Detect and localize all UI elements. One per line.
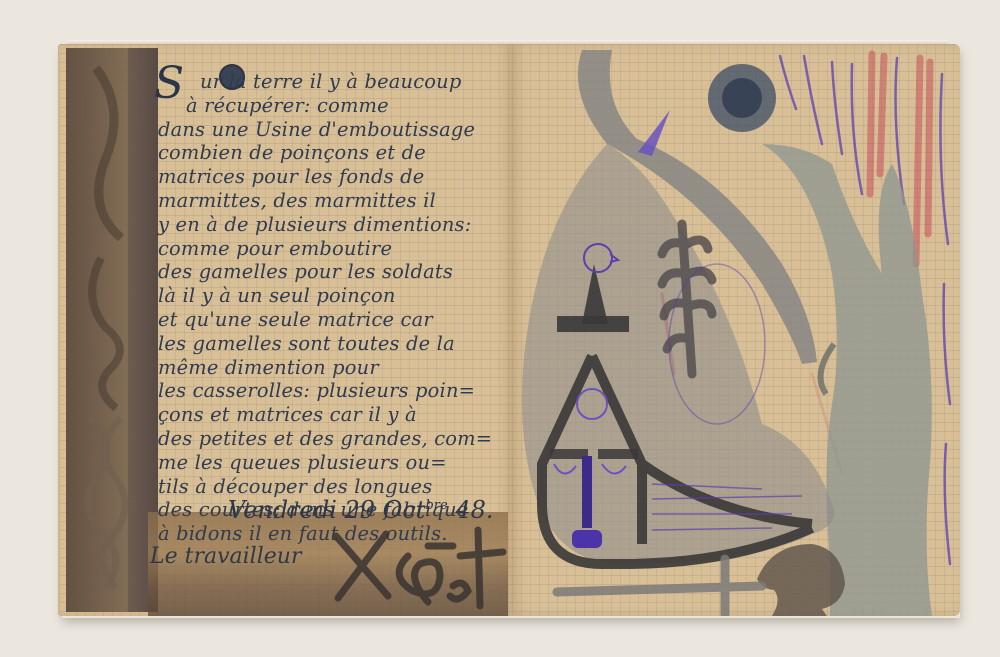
date-superscript: bre <box>425 498 447 513</box>
right-page <box>512 44 960 616</box>
text-line: matrices pour les fonds de <box>158 165 510 189</box>
text-line: des gamelles pour les soldats <box>158 260 510 284</box>
teardrop-body-icon <box>522 144 835 564</box>
margin-wash-band <box>66 48 158 612</box>
purple-beak-icon <box>638 110 670 156</box>
text-line: à récupérer: comme <box>158 94 510 118</box>
text-line: dans une Usine d'emboutissage <box>158 118 510 142</box>
margin-ornament-icon <box>66 48 158 612</box>
text-line: marmittes, des marmittes il <box>158 189 510 213</box>
text-line: même dimention pour <box>158 356 510 380</box>
face-nose-icon <box>582 456 592 528</box>
text-line: des petites et des grandes, com= <box>158 427 510 451</box>
signature-mark-icon <box>328 516 508 612</box>
tree-trunk-icon <box>762 144 932 616</box>
text-line: ur la terre il y à beaucoup <box>158 70 510 94</box>
text-line: les casserolles: plusieurs poin= <box>158 379 510 403</box>
text-line: comme pour emboutire <box>158 237 510 261</box>
text-line: y en à de plusieurs dimentions: <box>158 213 510 237</box>
text-line: les gamelles sont toutes de la <box>158 332 510 356</box>
page-stack-edge <box>58 52 60 612</box>
text-line: çons et matrices car il y à <box>158 403 510 427</box>
text-line: combien de poinçons et de <box>158 141 510 165</box>
text-line: me les queues plusieurs ou= <box>158 451 510 475</box>
text-line: et qu'une seule matrice car <box>158 308 510 332</box>
text-line: là il y à un seul poinçon <box>158 284 510 308</box>
church-landscape-drawing <box>512 44 960 616</box>
open-notebook: S ur la terre il y à beaucoup à récupére… <box>58 44 960 616</box>
signature: Le travailleur <box>150 544 301 569</box>
face-mouth-icon <box>572 530 602 548</box>
left-page: S ur la terre il y à beaucoup à récupére… <box>58 44 512 616</box>
handwritten-text-block: ur la terre il y à beaucoup à récupérer:… <box>158 70 510 546</box>
text-line: tils à découper des longues <box>158 475 510 499</box>
